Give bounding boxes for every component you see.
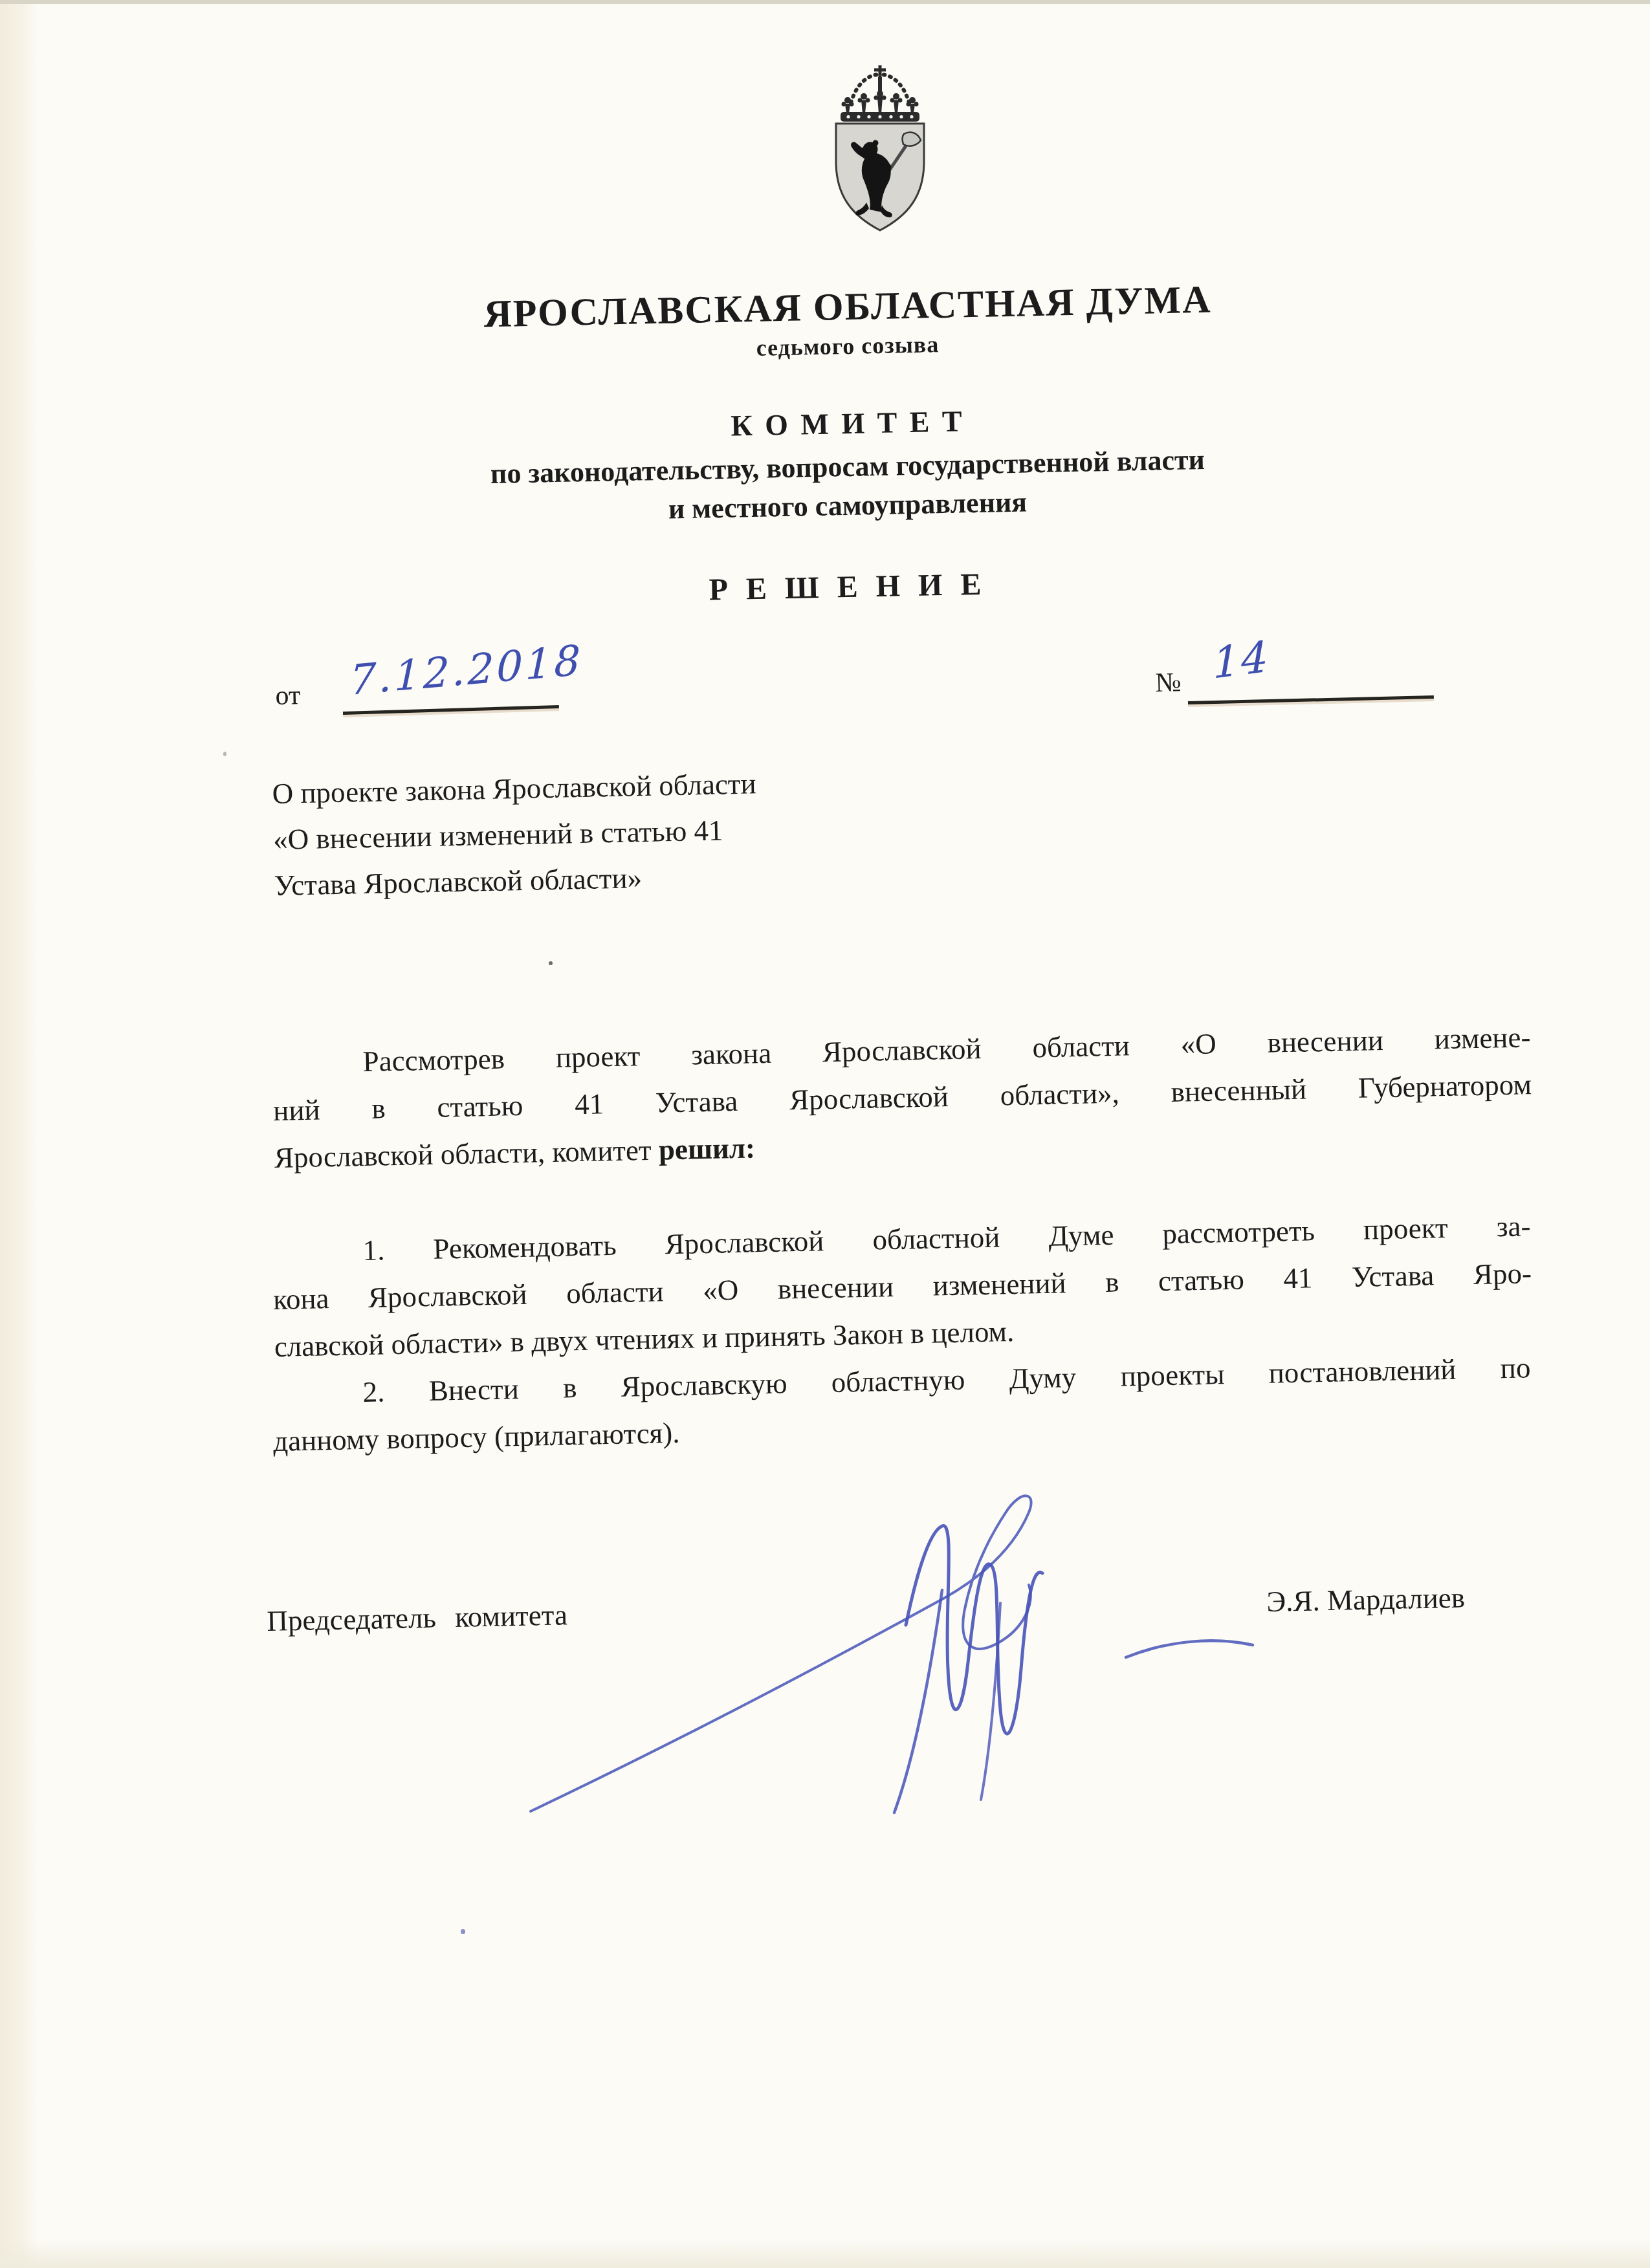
- date-underline: [343, 705, 559, 715]
- crown: [841, 65, 919, 122]
- scan-edge-shadow-bottom: [0, 2238, 1650, 2268]
- body-line-text: Ярославской области, комитет: [274, 1134, 659, 1174]
- signature-autograph: [453, 1475, 1294, 1863]
- scan-speck-blue: [461, 1929, 465, 1934]
- number-underline: [1188, 695, 1434, 704]
- signatory-name: Э.Я. Мардалиев: [1266, 1581, 1465, 1619]
- date-handwritten: 7.12.2018: [349, 637, 584, 705]
- decided-keyword: решил:: [658, 1131, 755, 1166]
- yaroslavl-coat-of-arms-icon: [831, 61, 929, 233]
- doc-type-title: Р Е Ш Е Н И Е: [71, 554, 1625, 620]
- number-label: №: [1155, 667, 1182, 699]
- subject-line-3: Устава Ярославской области»: [274, 853, 758, 909]
- number-handwritten: 14: [1213, 631, 1270, 688]
- date-label: от: [275, 680, 301, 712]
- scan-edge-shadow-left: [0, 0, 38, 2268]
- scan-speck: [549, 961, 553, 965]
- paragraph-considered: Рассмотрев проект закона Ярославской обл…: [272, 1014, 1533, 1182]
- scan-edge-shadow-top: [0, 0, 1650, 4]
- resolution-item-1: 1. Рекомендовать Ярославской областной Д…: [272, 1203, 1533, 1371]
- scan-speck: [223, 752, 226, 756]
- subject-block: О проекте закона Ярославской области «О …: [272, 761, 758, 909]
- scanned-document-page: { "document": { "emblem": "yaroslavl-bea…: [0, 0, 1650, 2268]
